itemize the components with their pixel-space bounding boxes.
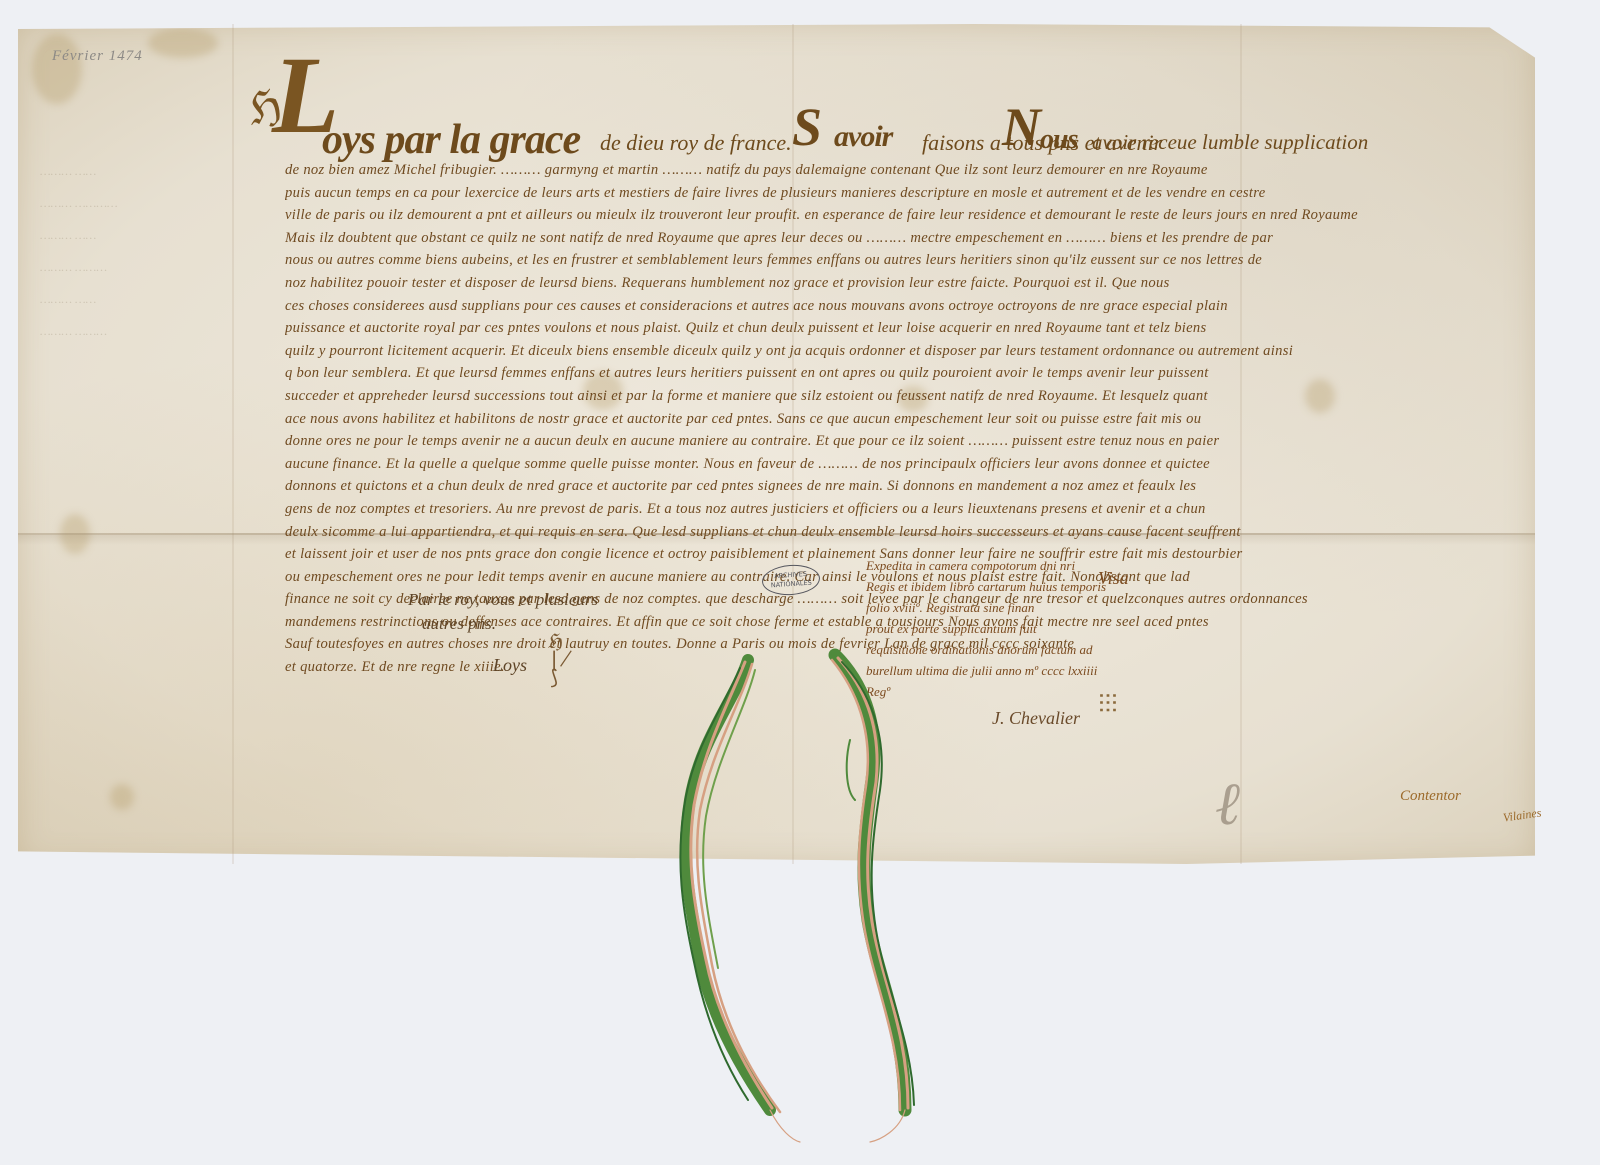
- left-cord: [680, 660, 800, 1142]
- silk-cords: [0, 0, 1600, 1165]
- right-cord: [832, 655, 914, 1142]
